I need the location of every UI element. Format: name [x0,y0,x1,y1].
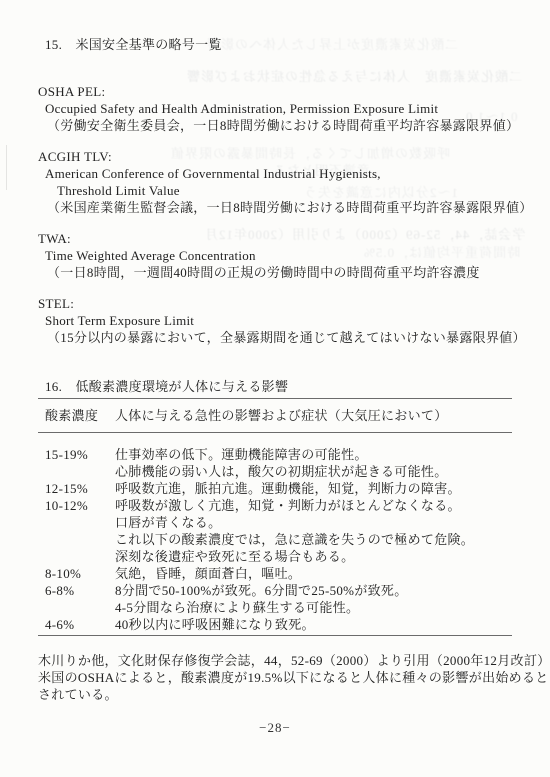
effect-line: 心肺機能の弱い人は，酸欠の初期症状が起きる可能性。 [115,463,550,480]
citation-line: 米国のOSHAによると，酸素濃度が19.5%以下になると人体に種々の影響が出始め… [38,669,550,686]
citation-line: 木川りか他，文化財保存修復学会誌，44，52-69（2000）より引用（2000… [38,652,550,669]
abbr-definition-en: Threshold Limit Value [57,182,550,199]
effect-line: 呼吸数が激しく亢進，知覚・判断力がほとんどなくなる。 [115,497,550,514]
table-bottom-rule [38,635,512,636]
scan-edge-artifact [6,145,7,190]
abbr-section-stel: STEL: Short Term Exposure Limit （15分以内の暴… [38,295,550,346]
abbr-section-osha-pel: OSHA PEL: Occupied Safety and Health Adm… [38,83,550,134]
oxygen-range: 6-8% [45,582,115,616]
table-header-rule [38,432,512,433]
column-header-effects: 人体に与える急性の影響および症状（大気圧において） [115,407,550,424]
effect-line: 深刻な後遺症や致死に至る場合もある。 [115,548,550,565]
abbr-definition-en: Occupied Safety and Health Administratio… [45,100,550,117]
effect-cell: 呼吸数亢進，脈拍亢進。運動機能，知覚，判断力の障害。 [115,480,550,497]
abbr-definition-jp: （一日8時間，一週間40時間の正規の労働時間中の時間荷重平均許容濃度 [47,264,550,281]
table-row: 4-6% 40秒以内に呼吸困難になり致死。 [45,616,550,633]
table-row: 15-19% 仕事効率の低下。運動機能障害の可能性。 心肺機能の弱い人は，酸欠の… [45,446,550,480]
abbr-term: ACGIH TLV: [38,148,550,165]
effect-line: これ以下の酸素濃度では，急に意識を失うので極めて危険。 [115,531,550,548]
effect-line: 4-5分間なら治療により蘇生する可能性。 [115,599,550,616]
table-row: 6-8% 8分間で50-100%が致死。6分間で25-50%が致死。 4-5分間… [45,582,550,616]
table-row: 8-10% 気絶，昏睡，顔面蒼白，嘔吐。 [45,565,550,582]
abbr-definition-en: American Conference of Governmental Indu… [45,165,550,182]
oxygen-range: 15-19% [45,446,115,480]
abbr-term: TWA: [38,230,550,247]
table-header-row: 酸素濃度 人体に与える急性の影響および症状（大気圧において） [45,407,550,424]
abbr-definition-jp: （15分以内の暴露において，全暴露期間を通じて越えてはいけない暴露限界値） [47,329,550,346]
abbr-term: STEL: [38,295,550,312]
citation-notes: 木川りか他，文化財保存修復学会誌，44，52-69（2000）より引用（2000… [38,652,550,703]
effect-line: 口唇が青くなる。 [115,514,550,531]
effect-cell: 仕事効率の低下。運動機能障害の可能性。 心肺機能の弱い人は，酸欠の初期症状が起き… [115,446,550,480]
abbr-term: OSHA PEL: [38,83,550,100]
oxygen-range: 4-6% [45,616,115,633]
table-body: 15-19% 仕事効率の低下。運動機能障害の可能性。 心肺機能の弱い人は，酸欠の… [0,446,550,633]
abbr-section-twa: TWA: Time Weighted Average Concentration… [38,230,550,281]
oxygen-range: 10-12% [45,497,115,565]
citation-line: されている。 [38,686,550,703]
effect-cell: 8分間で50-100%が致死。6分間で25-50%が致死。 4-5分間なら治療に… [115,582,550,616]
oxygen-range: 12-15% [45,480,115,497]
effect-cell: 呼吸数が激しく亢進，知覚・判断力がほとんどなくなる。 口唇が青くなる。 これ以下… [115,497,550,565]
effect-line: 気絶，昏睡，顔面蒼白，嘔吐。 [115,565,550,582]
abbr-definition-jp: （労働安全衛生委員会，一日8時間労働における時間荷重平均許容暴露限界値） [47,117,550,134]
scanned-document-page: 二酸化炭素濃度が上昇した人体への影響 二酸化炭素濃度 人体に与える急性の症状およ… [0,0,550,777]
table-top-rule [38,398,512,399]
effect-line: 仕事効率の低下。運動機能障害の可能性。 [115,446,550,463]
effect-line: 40秒以内に呼吸困難になり致死。 [115,616,550,633]
abbr-definition-en: Short Term Exposure Limit [45,312,550,329]
effect-line: 8分間で50-100%が致死。6分間で25-50%が致死。 [115,582,550,599]
abbr-definition-jp: （米国産業衛生監督会議，一日8時間労働における時間荷重平均許容暴露限界値） [47,199,550,216]
effect-line: 呼吸数亢進，脈拍亢進。運動機能，知覚，判断力の障害。 [115,480,550,497]
effect-cell: 気絶，昏睡，顔面蒼白，嘔吐。 [115,565,550,582]
oxygen-range: 8-10% [45,565,115,582]
abbr-section-acgih-tlv: ACGIH TLV: American Conference of Govern… [38,148,550,216]
column-header-oxygen: 酸素濃度 [45,407,115,424]
effect-cell: 40秒以内に呼吸困難になり致死。 [115,616,550,633]
section-15-heading: 15. 米国安全基準の略号一覧 [45,36,550,53]
section-16-heading: 16. 低酸素濃度環境が人体に与える影響 [45,378,550,395]
table-row: 10-12% 呼吸数が激しく亢進，知覚・判断力がほとんどなくなる。 口唇が青くな… [45,497,550,565]
page-number: −28− [0,719,550,736]
abbr-definition-en: Time Weighted Average Concentration [45,247,550,264]
table-row: 12-15% 呼吸数亢進，脈拍亢進。運動機能，知覚，判断力の障害。 [45,480,550,497]
